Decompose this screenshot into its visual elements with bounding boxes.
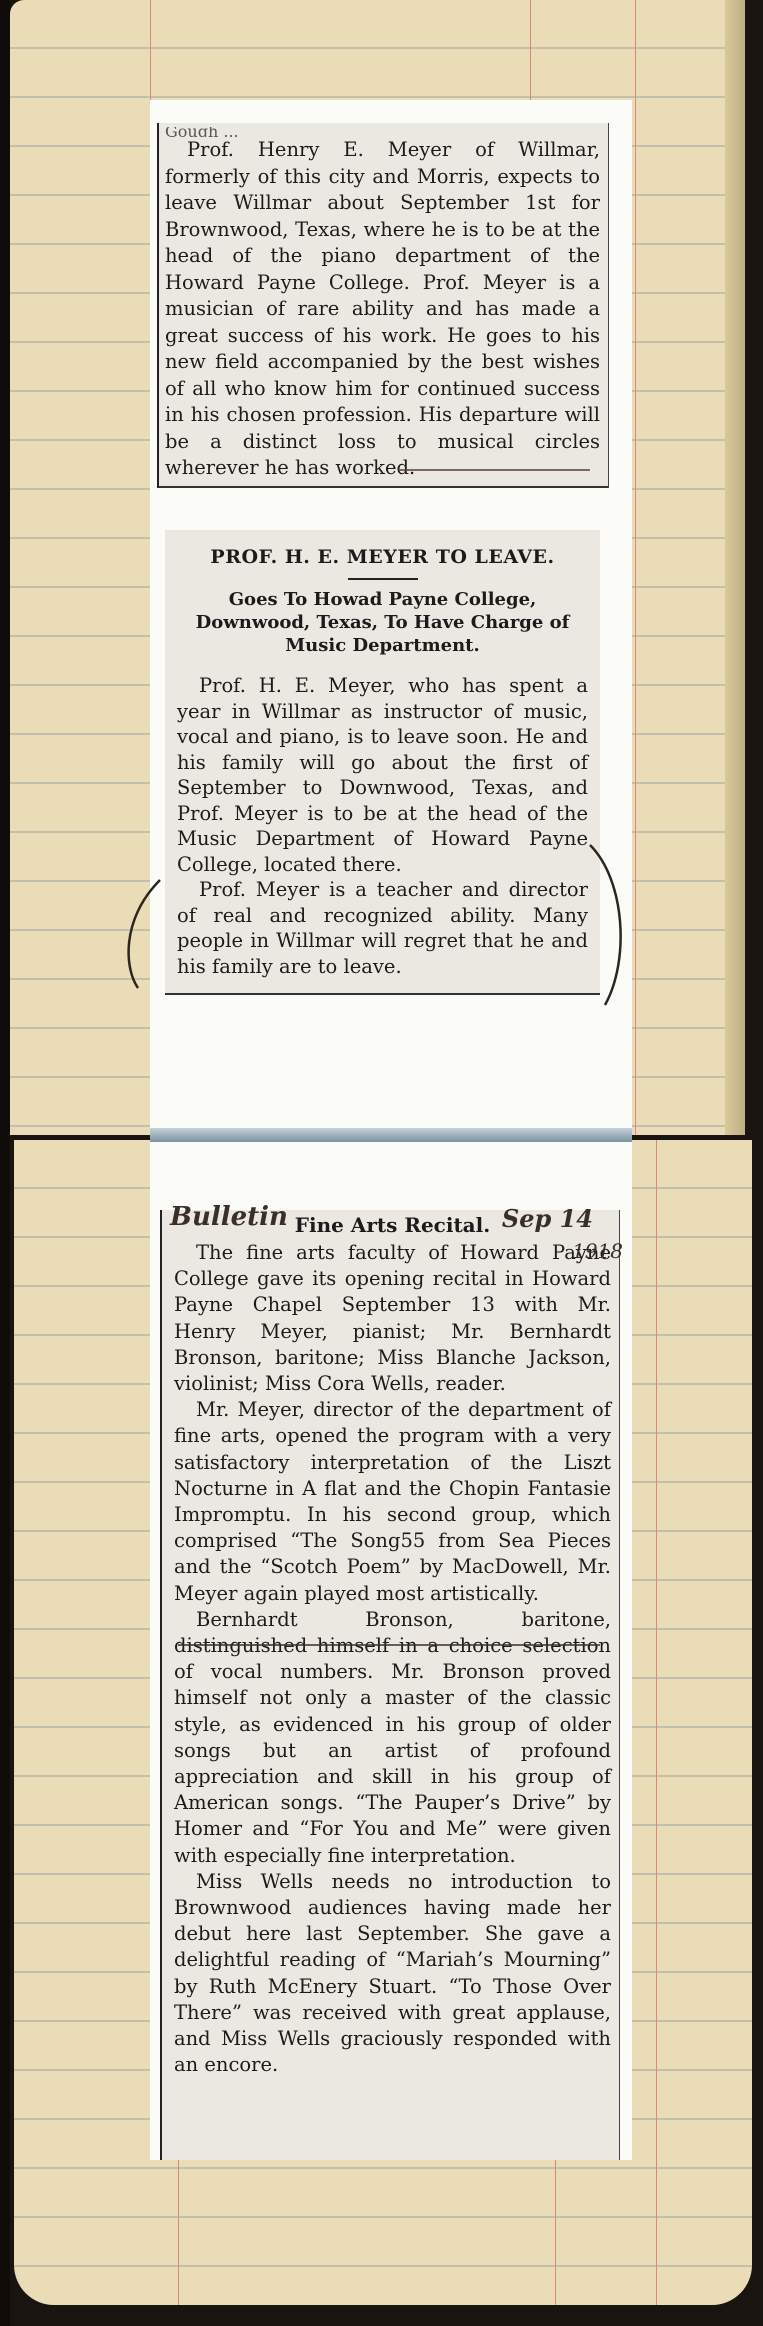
bracket-mark-right [590,845,621,1005]
bracket-mark-left [129,880,160,988]
pencil-annotations [0,0,763,2326]
